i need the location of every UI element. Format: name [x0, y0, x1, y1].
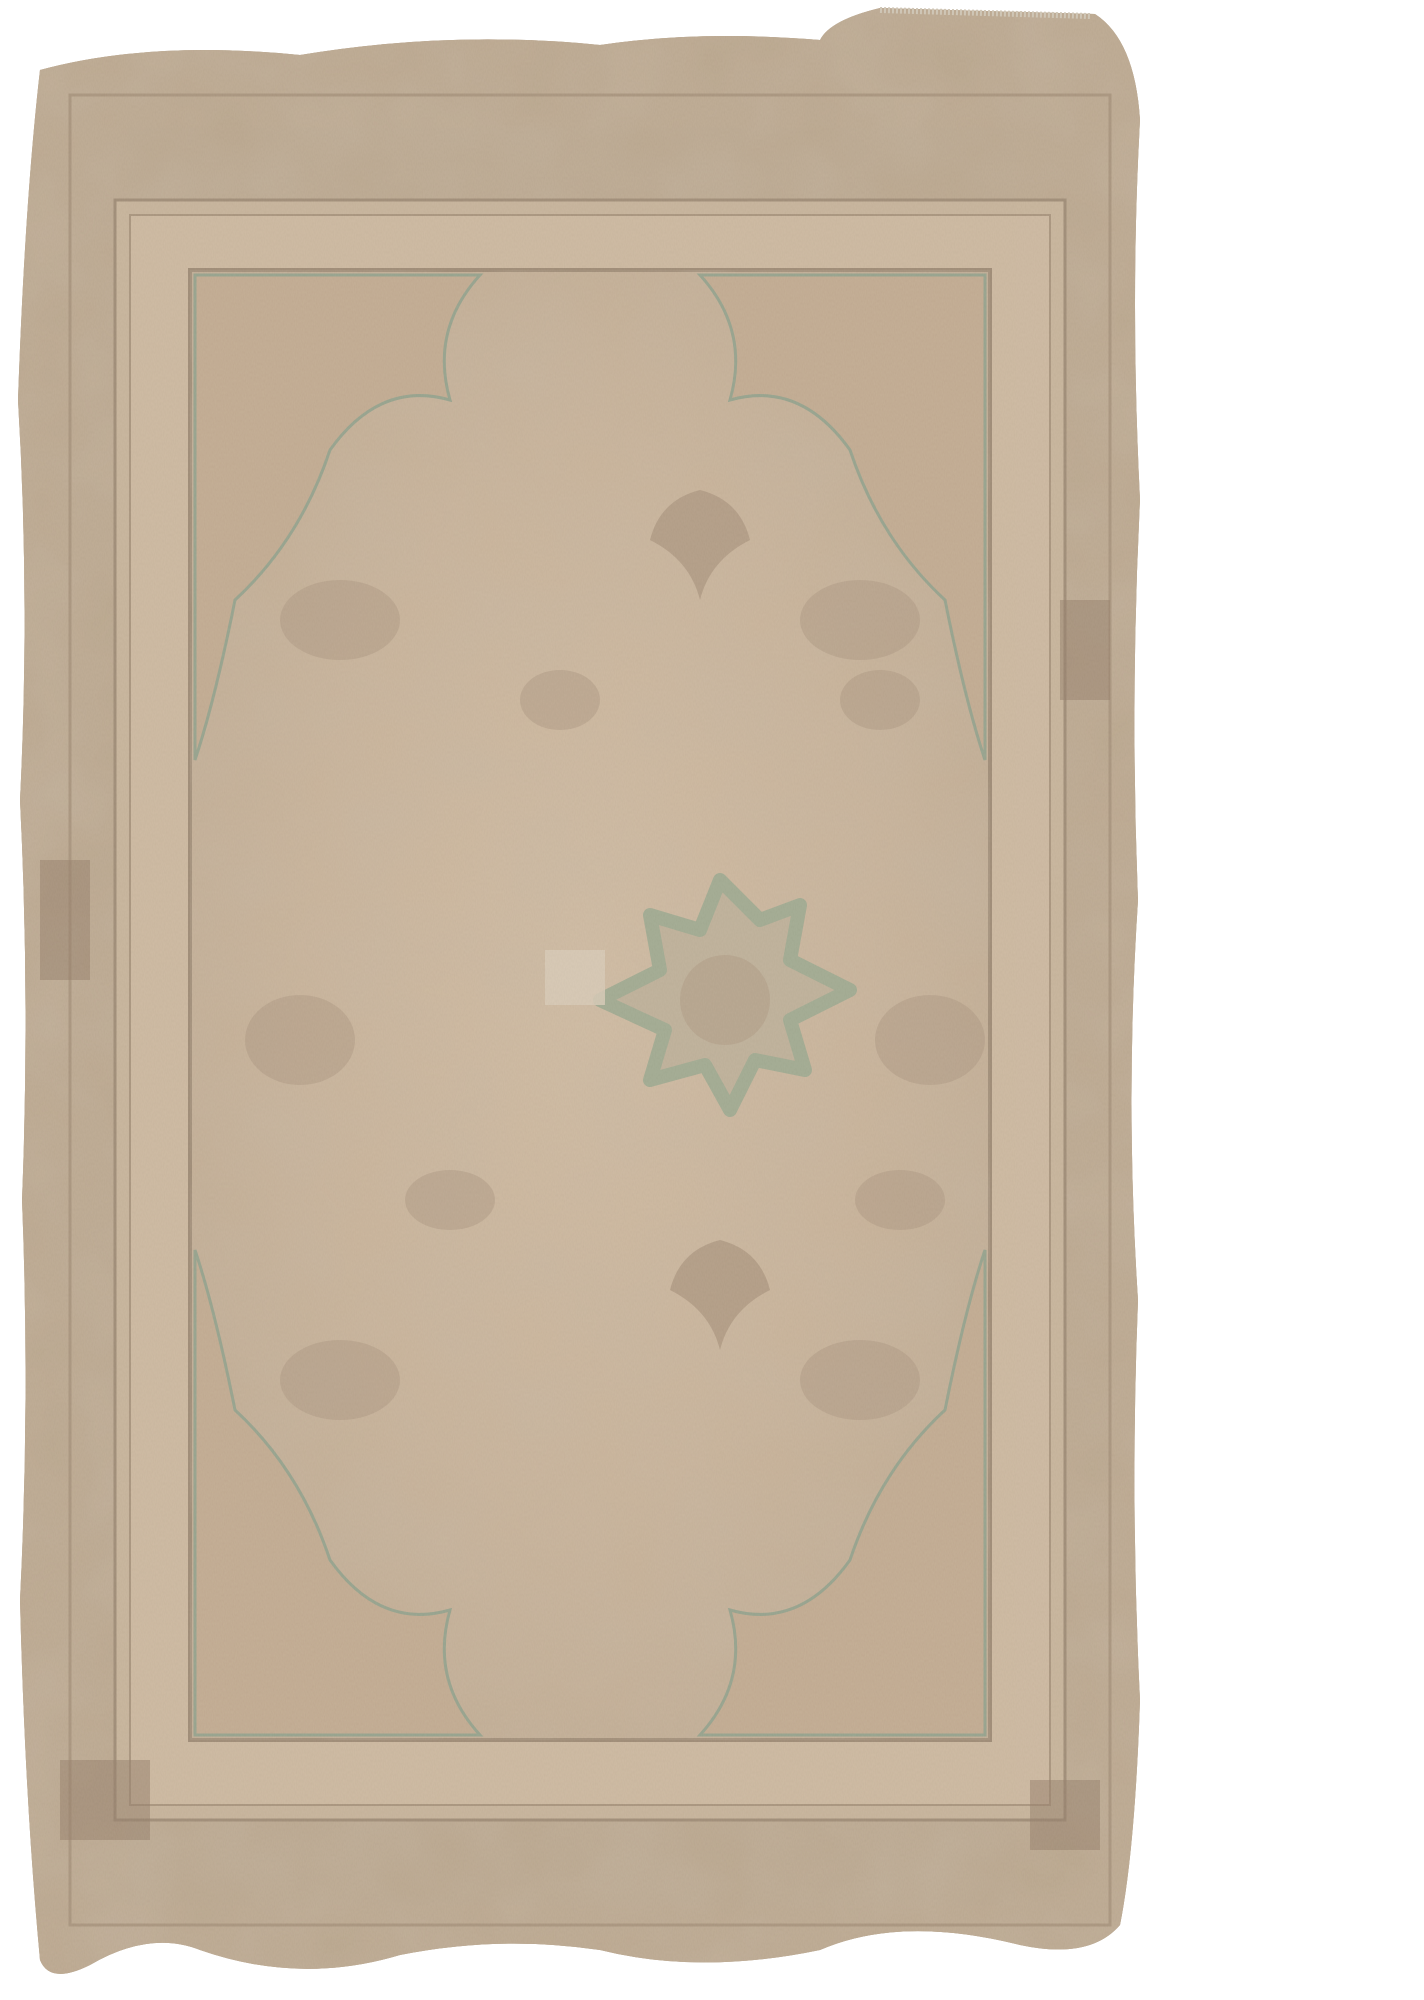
rug-photo — [0, 0, 1424, 2000]
